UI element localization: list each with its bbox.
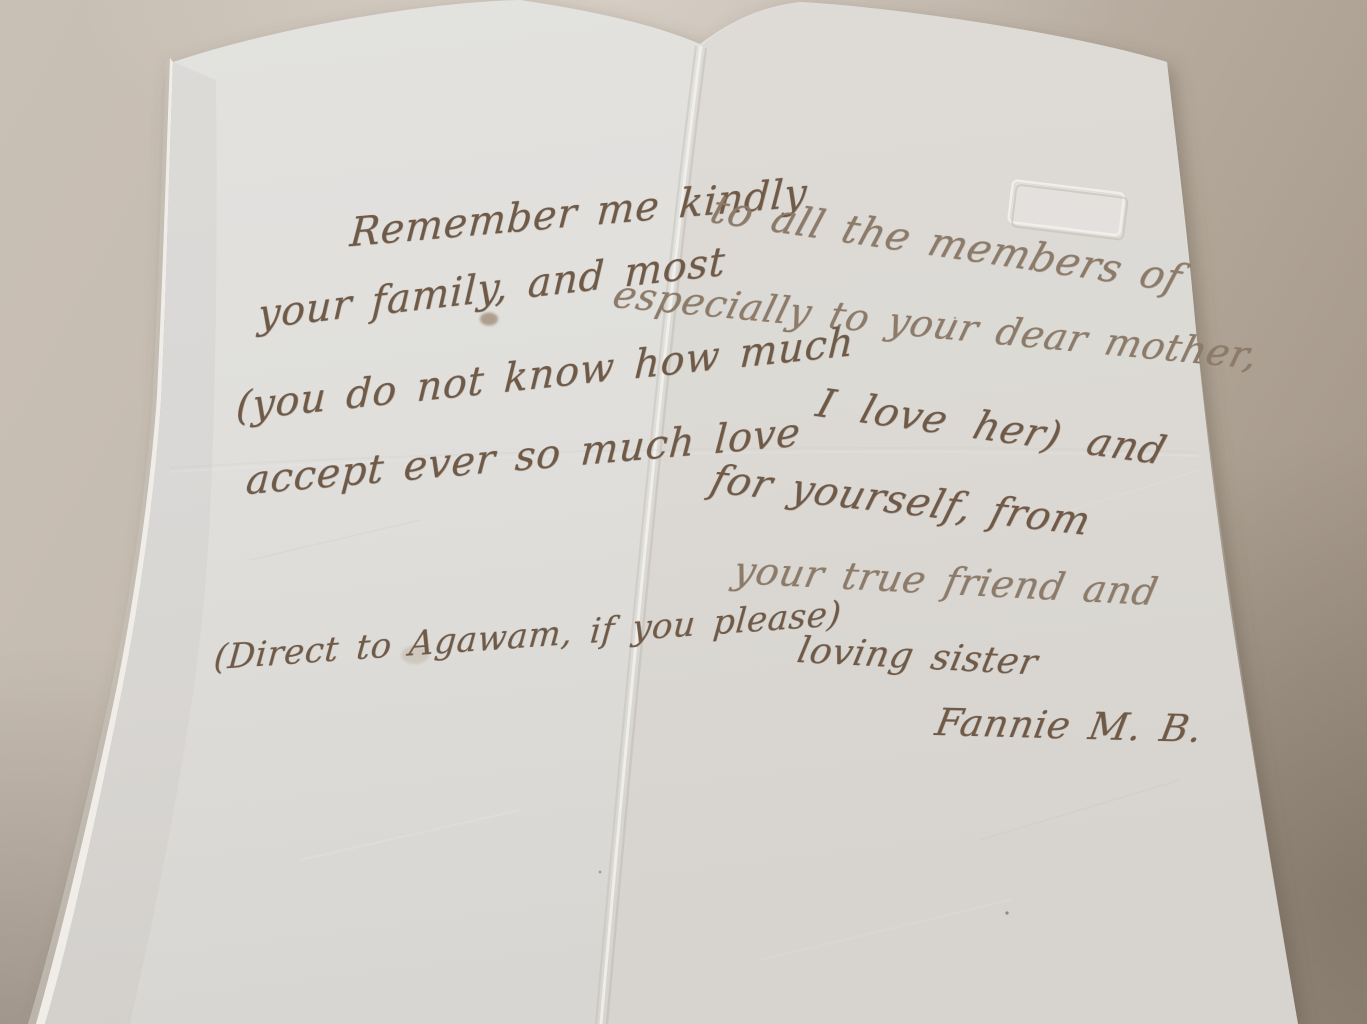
letter-photo: Remember me kindly to all the members of… (0, 0, 1367, 1024)
handwritten-text: Remember me kindly to all the members of… (0, 0, 1367, 1024)
handwritten-line1-right: to all the members of (705, 187, 1188, 301)
handwritten-line6-right: loving sister (794, 630, 1042, 683)
handwritten-line4-right: for yourself, from (706, 457, 1096, 545)
handwritten-signature: Fannie M. B. (932, 700, 1206, 751)
handwritten-line3-right: I love her) and (811, 381, 1172, 474)
handwritten-line6-left: (Direct to Agawam, if you please) (212, 594, 843, 678)
